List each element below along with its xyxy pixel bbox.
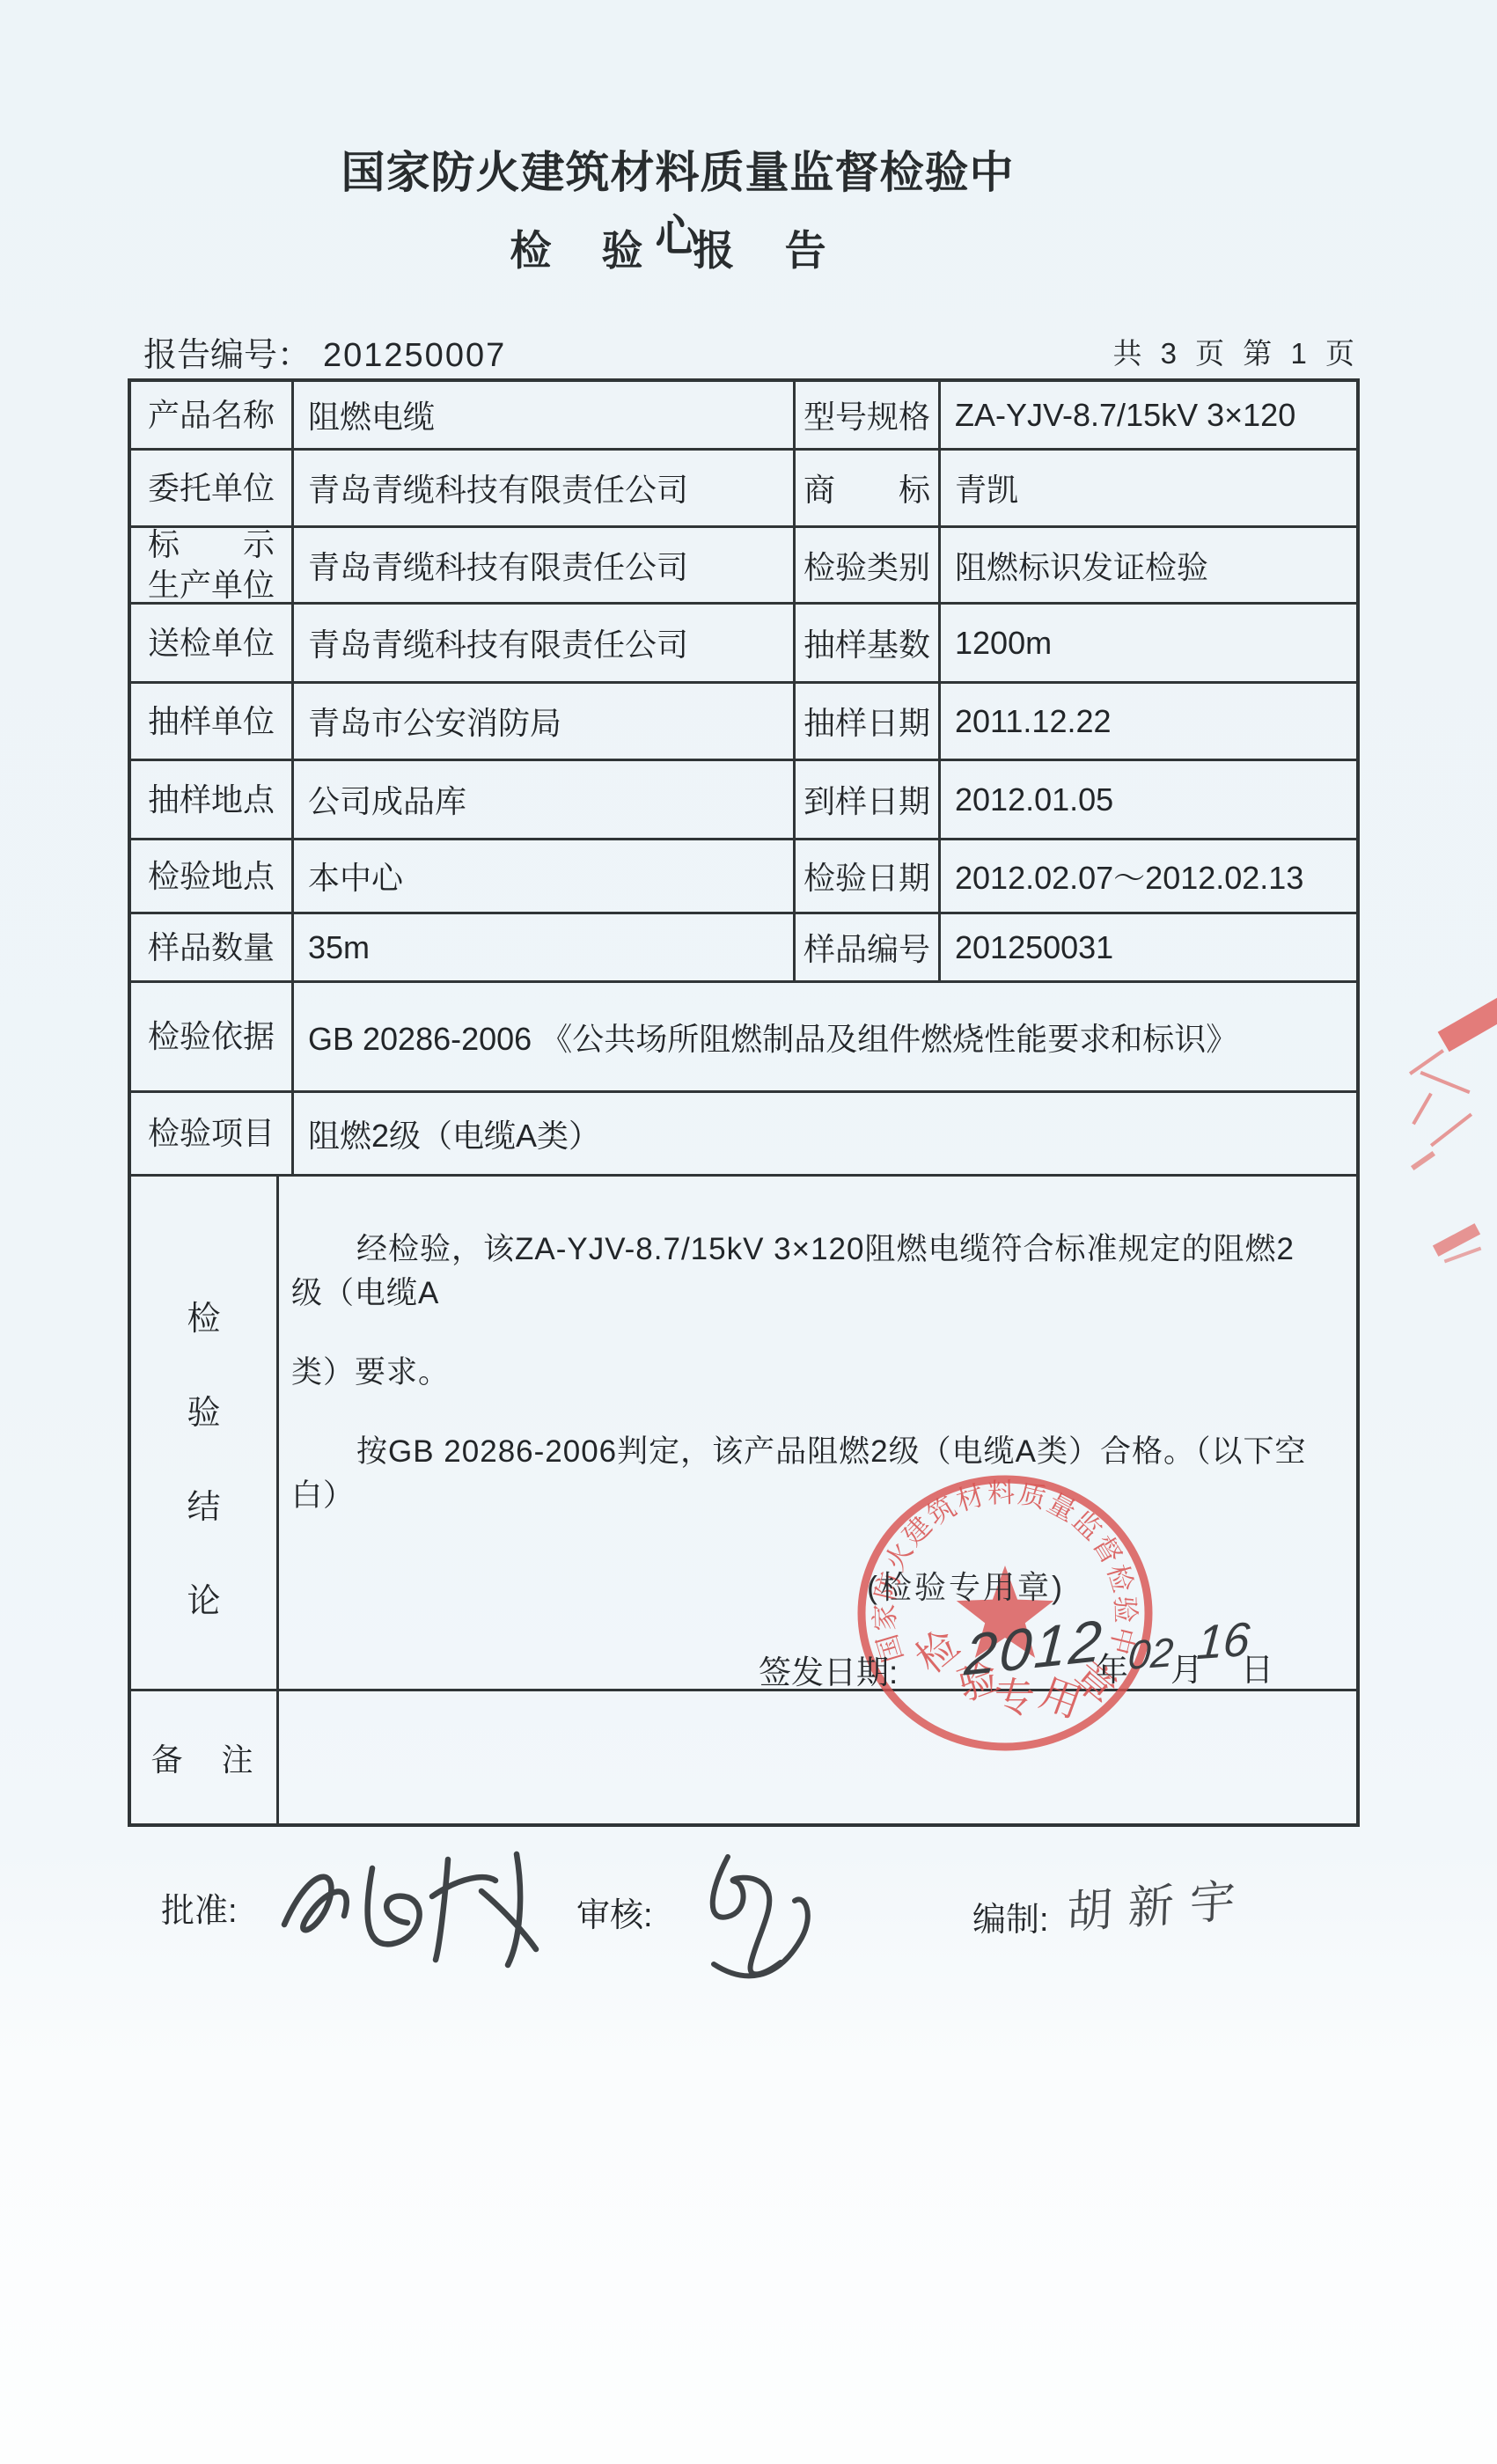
row-label-line1: 标 示 bbox=[145, 524, 277, 565]
handwritten-day: 16 bbox=[1195, 1612, 1251, 1671]
conclusion-label-char: 检 bbox=[187, 1291, 220, 1339]
table-row: 样品数量 35m 样品编号 201250031 bbox=[131, 912, 1356, 980]
row-label: 检验依据 bbox=[131, 983, 291, 1090]
row-value: 青岛青缆科技有限责任公司 bbox=[291, 528, 793, 602]
row-label-2: 抽样基数 bbox=[793, 605, 938, 681]
row-value: 35m bbox=[291, 914, 793, 980]
conclusion-text-line: 经检验，该ZA-YJV-8.7/15kV 3×120阻燃电缆符合标准规定的阻燃2… bbox=[291, 1228, 1321, 1316]
scanned-report-page: 国家防火建筑材料质量监督检验中心 检 验 报 告 报告编号：201250007 … bbox=[0, 0, 1497, 2464]
page-count: 共 3 页 第 1 页 bbox=[1112, 331, 1360, 372]
table-row: 检验地点 本中心 检验日期 2012.02.07～2012.02.13 bbox=[131, 838, 1356, 912]
row-label: 标 示 生产单位 bbox=[131, 528, 291, 602]
row-value-2: 2012.01.05 bbox=[938, 761, 1356, 838]
row-value-2: 2011.12.22 bbox=[938, 684, 1356, 759]
row-label-line2: 生产单位 bbox=[148, 565, 275, 605]
row-label-2: 样品编号 bbox=[793, 914, 938, 980]
row-value: 公司成品库 bbox=[291, 761, 793, 838]
conclusion-label-char: 结 bbox=[187, 1479, 220, 1528]
row-label: 检验项目 bbox=[131, 1093, 291, 1174]
row-label: 产品名称 bbox=[131, 382, 291, 448]
row-label: 送检单位 bbox=[131, 605, 291, 681]
table-row: 委托单位 青岛青缆科技有限责任公司 商 标 青凯 bbox=[131, 448, 1356, 525]
table-row: 检验依据 GB 20286-2006 《公共场所阻燃制品及组件燃烧性能要求和标识… bbox=[131, 980, 1356, 1090]
row-value-2: 阻燃标识发证检验 bbox=[938, 528, 1356, 602]
row-value-2: 201250031 bbox=[938, 914, 1356, 980]
report-table: 产品名称 阻燃电缆 型号规格 ZA-YJV-8.7/15kV 3×120 委托单… bbox=[128, 378, 1360, 1827]
remark-value bbox=[276, 1691, 1356, 1823]
row-value: 本中心 bbox=[291, 840, 793, 912]
row-label-2: 型号规格 bbox=[793, 382, 938, 448]
row-label-2: 商 标 bbox=[793, 451, 938, 525]
issue-date-label: 签发日期: bbox=[759, 1646, 898, 1693]
conclusion-label: 检 验 结 论 bbox=[131, 1177, 276, 1689]
report-subtitle: 检 验 报 告 bbox=[326, 218, 1030, 277]
review-label: 审核: bbox=[576, 1888, 653, 1936]
row-label-2: 检验类别 bbox=[793, 528, 938, 602]
report-number: 报告编号：201250007 bbox=[143, 327, 506, 376]
table-row: 标 示 生产单位 青岛青缆科技有限责任公司 检验类别 阻燃标识发证检验 bbox=[131, 525, 1356, 602]
table-row: 抽样单位 青岛市公安消防局 抽样日期 2011.12.22 bbox=[131, 681, 1356, 759]
row-label: 检验地点 bbox=[131, 840, 291, 912]
stamp-caption: (检验专用章) bbox=[867, 1563, 1065, 1608]
row-label-2: 到样日期 bbox=[793, 761, 938, 838]
row-value: GB 20286-2006 《公共场所阻燃制品及组件燃烧性能要求和标识》 bbox=[291, 983, 1356, 1090]
table-row: 抽样地点 公司成品库 到样日期 2012.01.05 bbox=[131, 759, 1356, 838]
row-value: 青岛青缆科技有限责任公司 bbox=[291, 605, 793, 681]
remark-label: 备 注 bbox=[131, 1691, 276, 1823]
report-number-value: 201250007 bbox=[323, 337, 506, 374]
row-label: 抽样单位 bbox=[131, 684, 291, 759]
conclusion-cell: 经检验，该ZA-YJV-8.7/15kV 3×120阻燃电缆符合标准规定的阻燃2… bbox=[276, 1177, 1356, 1689]
prepare-signature: 胡新宇 bbox=[1066, 1862, 1252, 1941]
approval-signature bbox=[260, 1835, 559, 1989]
approve-label: 批准: bbox=[161, 1883, 238, 1932]
row-value: 青岛青缆科技有限责任公司 bbox=[291, 451, 793, 525]
remark-row: 备 注 bbox=[131, 1689, 1356, 1823]
table-row: 送检单位 青岛青缆科技有限责任公司 抽样基数 1200m bbox=[131, 602, 1356, 681]
table-row: 产品名称 阻燃电缆 型号规格 ZA-YJV-8.7/15kV 3×120 bbox=[131, 382, 1356, 448]
row-value: 阻燃电缆 bbox=[291, 382, 793, 448]
conclusion-row: 检 验 结 论 经检验，该ZA-YJV-8.7/15kV 3×120阻燃电缆符合… bbox=[131, 1174, 1356, 1689]
row-value-2: 青凯 bbox=[938, 451, 1356, 525]
conclusion-label-char: 验 bbox=[187, 1385, 220, 1434]
table-row: 检验项目 阻燃2级（电缆A类） bbox=[131, 1090, 1356, 1174]
conclusion-text-line: 类）要求。 bbox=[291, 1351, 1321, 1395]
row-value-2: ZA-YJV-8.7/15kV 3×120 bbox=[938, 382, 1356, 448]
row-label: 抽样地点 bbox=[131, 761, 291, 838]
row-value: 青岛市公安消防局 bbox=[291, 684, 793, 759]
row-value-2: 1200m bbox=[938, 605, 1356, 681]
handwritten-month: 02 bbox=[1126, 1628, 1175, 1679]
row-label: 委托单位 bbox=[131, 451, 291, 525]
inspection-seal: 国家防火建筑材料质量监督检验中心 检 验 专 用 章 bbox=[838, 1456, 1172, 1770]
report-number-label: 报告编号： bbox=[143, 337, 311, 374]
row-label-2: 抽样日期 bbox=[793, 684, 938, 759]
row-value: 阻燃2级（电缆A类） bbox=[291, 1093, 1356, 1174]
row-label: 样品数量 bbox=[131, 914, 291, 980]
row-label-2: 检验日期 bbox=[793, 840, 938, 912]
row-value-2: 2012.02.07～2012.02.13 bbox=[938, 840, 1356, 912]
conclusion-label-char: 论 bbox=[187, 1573, 220, 1622]
review-signature bbox=[682, 1832, 867, 2008]
prepare-label: 编制: bbox=[972, 1892, 1049, 1940]
